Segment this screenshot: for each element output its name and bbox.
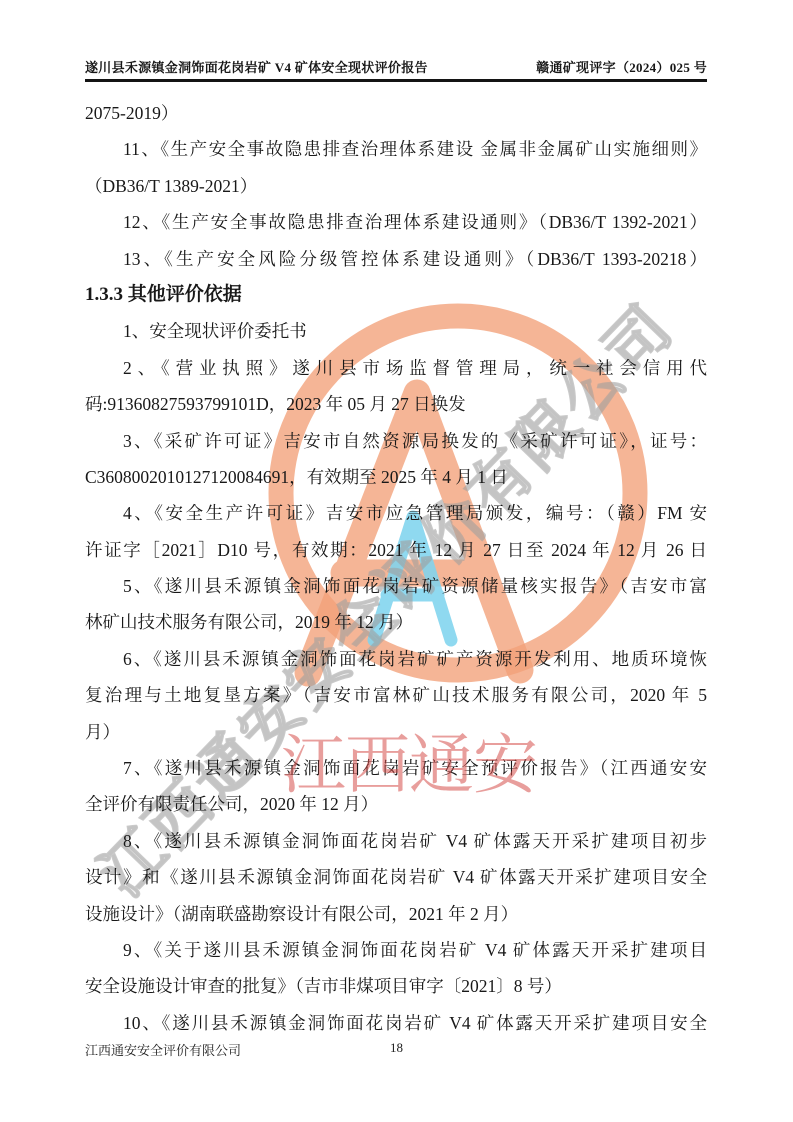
body-line: 10、《遂川县禾源镇金洞饰面花岗岩矿 V4 矿体露天开采扩建项目安全 xyxy=(85,1005,707,1041)
report-page: 江西通安安全评价有限公司 遂川县禾源镇金洞饰面花岗岩矿 V4 矿体安全现状评价报… xyxy=(0,0,793,1122)
body-line: 全评价有限责任公司，2020 年 12 月） xyxy=(85,786,707,822)
body-text: 2075-2019）11、《生产安全事故隐患排查治理体系建设 金属非金属矿山实施… xyxy=(85,95,707,1041)
body-line: 许证字［2021］D10 号，有效期：2021 年 12 月 27 日至 202… xyxy=(85,532,707,568)
body-line: 3、《采矿许可证》吉安市自然资源局换发的《采矿许可证》，证号： xyxy=(85,423,707,459)
doc-number: 赣通矿现评字（2024）025 号 xyxy=(536,57,707,76)
body-line: 12、《生产安全事故隐患排查治理体系建设通则》（DB36/T 1392-2021… xyxy=(85,204,707,240)
body-line: 设计》和《遂川县禾源镇金洞饰面花岗岩矿 V4 矿体露天开采扩建项目安全 xyxy=(85,859,707,895)
body-line: （DB36/T 1389-2021） xyxy=(85,168,707,204)
report-title: 遂川县禾源镇金洞饰面花岗岩矿 V4 矿体安全现状评价报告 xyxy=(85,57,428,76)
body-line: 4、《安全生产许可证》吉安市应急管理局颁发，编号：（赣）FM 安 xyxy=(85,495,707,531)
body-line: 设施设计》（湖南联盛勘察设计有限公司，2021 年 2 月） xyxy=(85,896,707,932)
body-line: 5、《遂川县禾源镇金洞饰面花岗岩矿资源储量核实报告》（吉安市富 xyxy=(85,568,707,604)
body-line: 1、安全现状评价委托书 xyxy=(85,313,707,349)
body-line: 9、《关于遂川县禾源镇金洞饰面花岗岩矿 V4 矿体露天开采扩建项目 xyxy=(85,932,707,968)
body-line: C3608002010127120084691，有效期至 2025 年 4 月 … xyxy=(85,459,707,495)
body-line: 林矿山技术服务有限公司，2019 年 12 月） xyxy=(85,604,707,640)
body-line: 8、《遂川县禾源镇金洞饰面花岗岩矿 V4 矿体露天开采扩建项目初步 xyxy=(85,823,707,859)
body-line: 2、《营业执照》遂川县市场监督管理局，统一社会信用代 xyxy=(85,350,707,386)
body-line: 13、《生产安全风险分级管控体系建设通则》（DB36/T 1393-20218） xyxy=(85,241,707,277)
body-line: 6、《遂川县禾源镇金洞饰面花岗岩矿矿产资源开发利用、地质环境恢 xyxy=(85,641,707,677)
page-header: 遂川县禾源镇金洞饰面花岗岩矿 V4 矿体安全现状评价报告 赣通矿现评字（2024… xyxy=(85,57,707,76)
body-line: 码:91360827593799101D，2023 年 05 月 27 日换发 xyxy=(85,386,707,422)
page-footer: 江西通安安全评价有限公司 18 xyxy=(0,1040,793,1060)
body-line: 7、《遂川县禾源镇金洞饰面花岗岩矿安全预评价报告》（江西通安安 xyxy=(85,750,707,786)
body-line: 月） xyxy=(85,714,707,750)
section-heading: 1.3.3 其他评价依据 xyxy=(85,277,707,313)
body-line: 安全设施设计审查的批复》（吉市非煤项目审字〔2021〕8 号） xyxy=(85,968,707,1004)
body-line: 2075-2019） xyxy=(85,95,707,131)
page-number: 18 xyxy=(0,1040,793,1056)
header-rule xyxy=(85,79,707,82)
body-line: 11、《生产安全事故隐患排查治理体系建设 金属非金属矿山实施细则》 xyxy=(85,131,707,167)
body-line: 复治理与土地复垦方案》（吉安市富林矿山技术服务有限公司，2020 年 5 xyxy=(85,677,707,713)
